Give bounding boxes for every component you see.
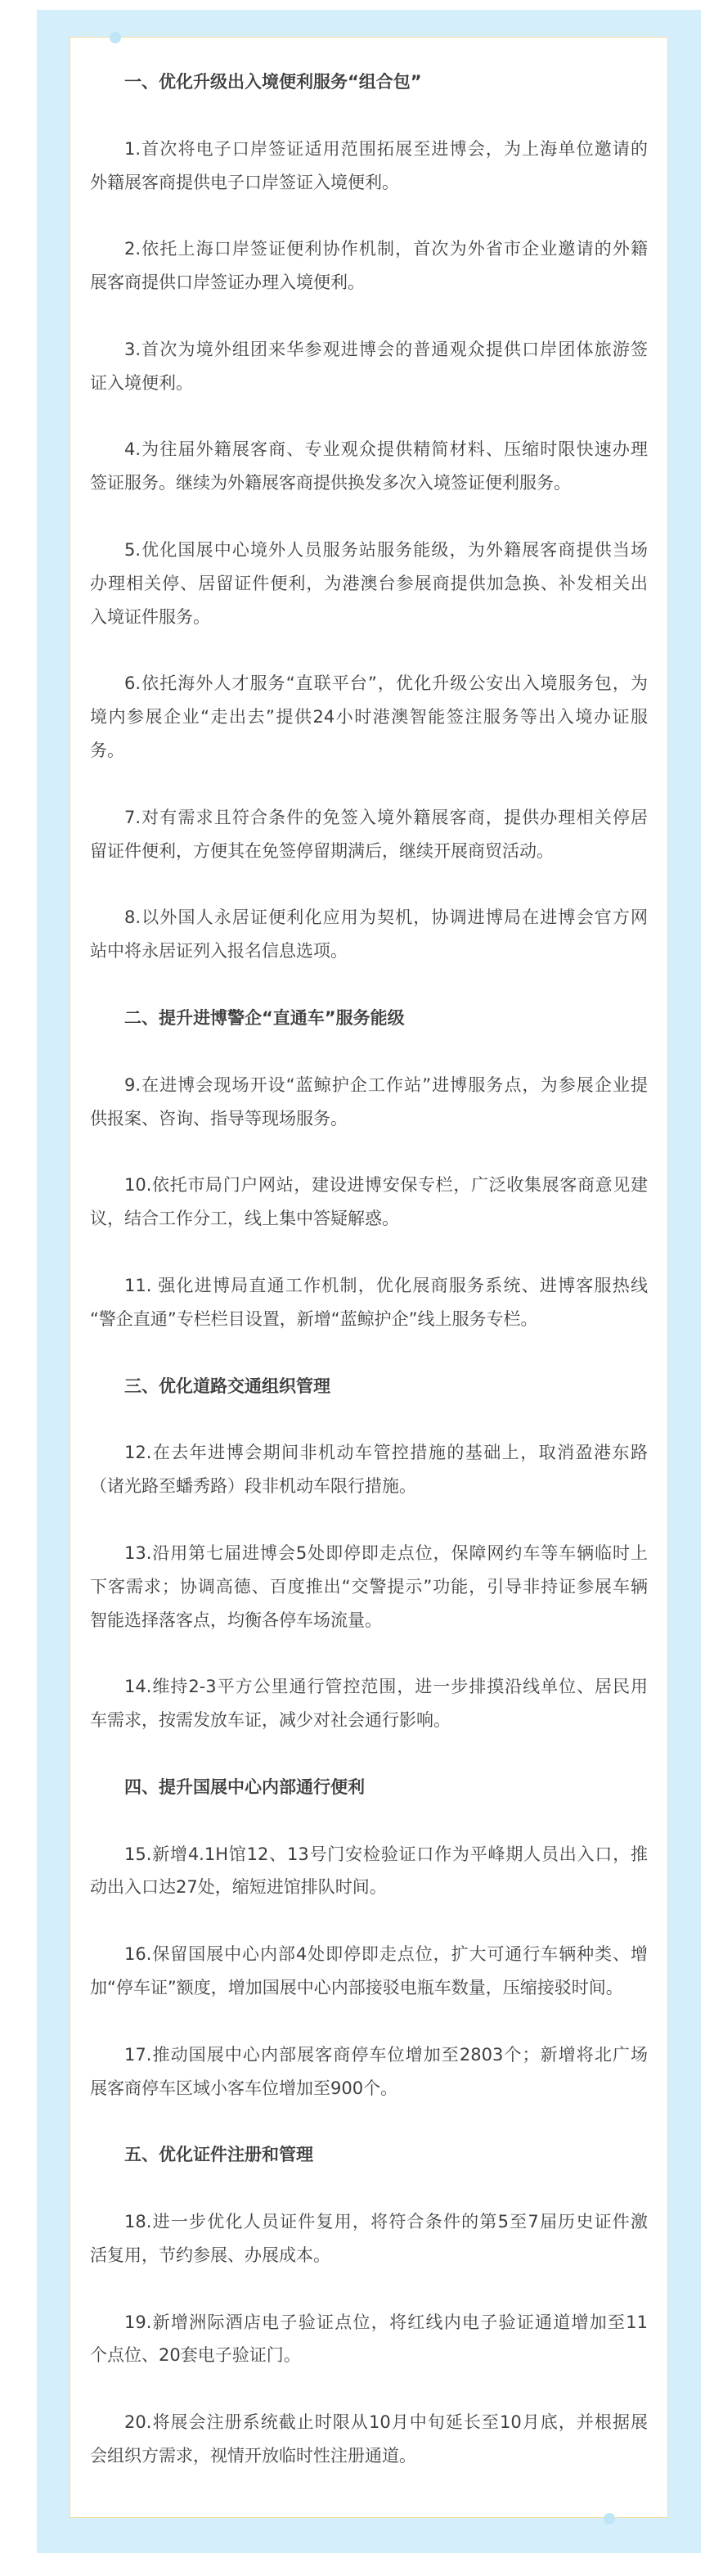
paragraph-line: 10.依托市局门户网站，建设进博安保专栏，广泛收集展客商意见建: [90, 1169, 648, 1202]
list-item: 7.对有需求且符合条件的免签入境外籍展客商，提供办理相关停居 留证件便利，方便其…: [90, 801, 648, 868]
list-item: 15.新增4.1H馆12、13号门安检验证口作为平峰期人员出入口，推 动出入口达…: [90, 1838, 648, 1905]
section-heading: 五、优化证件注册和管理: [90, 2138, 648, 2172]
list-item: 3.首次为境外组团来华参观进博会的普通观众提供口岸团体旅游签 证入境便利。: [90, 333, 648, 400]
paragraph-line: 站中将永居证列入报名信息选项。: [90, 934, 648, 968]
paragraph-line: 智能选择落客点，均衡各停车场流量。: [90, 1604, 648, 1637]
paragraph-line: 20.将展会注册系统截止时限从10月中旬延长至10月底，并根据展: [90, 2406, 648, 2439]
paragraph-line: 5.优化国展中心境外人员服务站服务能级，为外籍展客商提供当场: [90, 534, 648, 567]
section-2: 二、提升进博警企“直通车”服务能级 9.在进博会现场开设“蓝鲸护企工作站”进博服…: [90, 1002, 648, 1336]
paragraph-line: 外籍展客商提供电子口岸签证入境便利。: [90, 166, 648, 200]
paragraph-line: 动出入口达27处，缩短进馆排队时间。: [90, 1871, 648, 1904]
list-item: 10.依托市局门户网站，建设进博安保专栏，广泛收集展客商意见建 议，结合工作分工…: [90, 1169, 648, 1236]
paragraph-line: 7.对有需求且符合条件的免签入境外籍展客商，提供办理相关停居: [90, 801, 648, 835]
paragraph-line: 展客商提供口岸签证办理入境便利。: [90, 266, 648, 299]
paragraph-line: （诸光路至蟠秀路）段非机动车限行措施。: [90, 1470, 648, 1503]
list-item: 18.进一步优化人员证件复用，将符合条件的第5至7届历史证件激 活复用，节约参展…: [90, 2205, 648, 2272]
list-item: 5.优化国展中心境外人员服务站服务能级，为外籍展客商提供当场 办理相关停、居留证…: [90, 534, 648, 634]
paragraph-line: 2.依托上海口岸签证便利协作机制，首次为外省市企业邀请的外籍: [90, 232, 648, 266]
section-heading: 一、优化升级出入境便利服务“组合包”: [90, 65, 648, 99]
section-5: 五、优化证件注册和管理 18.进一步优化人员证件复用，将符合条件的第5至7届历史…: [90, 2138, 648, 2473]
paragraph-line: 6.依托海外人才服务“直联平台”，优化升级公安出入境服务包，为: [90, 667, 648, 700]
article-card: 一、优化升级出入境便利服务“组合包” 1.首次将电子口岸签证适用范围拓展至进博会…: [70, 37, 668, 2518]
paragraph-line: 个点位、20套电子验证门。: [90, 2339, 648, 2372]
paragraph-line: 办理相关停、居留证件便利，为港澳台参展商提供加急换、补发相关出: [90, 567, 648, 601]
paragraph-line: 16.保留国展中心内部4处即停即走点位，扩大可通行车辆种类、增: [90, 1938, 648, 1971]
section-1: 一、优化升级出入境便利服务“组合包” 1.首次将电子口岸签证适用范围拓展至进博会…: [90, 65, 648, 968]
list-item: 17.推动国展中心内部展客商停车位增加至2803个；新增将北广场 展客商停车区域…: [90, 2038, 648, 2105]
paragraph-line: 11. 强化进博局直通工作机制，优化展商服务系统、进博客服热线: [90, 1269, 648, 1303]
paragraph-line: 签证服务。继续为外籍展客商提供换发多次入境签证便利服务。: [90, 466, 648, 500]
paragraph-line: 入境证件服务。: [90, 601, 648, 634]
paragraph-line: 4.为往届外籍展客商、专业观众提供精简材料、压缩时限快速办理: [90, 433, 648, 466]
paragraph-line: 议，结合工作分工，线上集中答疑解惑。: [90, 1202, 648, 1236]
paragraph-line: 12.在去年进博会期间非机动车管控措施的基础上，取消盈港东路: [90, 1436, 648, 1470]
paragraph-line: 15.新增4.1H馆12、13号门安检验证口作为平峰期人员出入口，推: [90, 1838, 648, 1871]
section-heading: 四、提升国展中心内部通行便利: [90, 1771, 648, 1804]
paragraph-line: 1.首次将电子口岸签证适用范围拓展至进博会，为上海单位邀请的: [90, 133, 648, 166]
paragraph-line: 车需求，按需发放车证，减少对社会通行影响。: [90, 1704, 648, 1737]
paragraph-line: 8.以外国人永居证便利化应用为契机，协调进博局在进博会官方网: [90, 901, 648, 934]
list-item: 11. 强化进博局直通工作机制，优化展商服务系统、进博客服热线 “警企直通”专栏…: [90, 1269, 648, 1336]
decorative-dot-icon: [110, 32, 121, 43]
section-heading: 三、优化道路交通组织管理: [90, 1370, 648, 1403]
section-heading: 二、提升进博警企“直通车”服务能级: [90, 1002, 648, 1035]
list-item: 14.维持2-3平方公里通行管控范围，进一步排摸沿线单位、居民用 车需求，按需发…: [90, 1670, 648, 1737]
paragraph-line: 供报案、咨询、指导等现场服务。: [90, 1102, 648, 1136]
paragraph-line: 下客需求；协调高德、百度推出“交警提示”功能，引导非持证参展车辆: [90, 1570, 648, 1604]
list-item: 1.首次将电子口岸签证适用范围拓展至进博会，为上海单位邀请的 外籍展客商提供电子…: [90, 133, 648, 200]
paragraph-line: 务。: [90, 734, 648, 768]
decorative-dot-icon: [604, 2513, 615, 2524]
paragraph-line: 境内参展企业“走出去”提供24小时港澳智能签注服务等出入境办证服: [90, 700, 648, 734]
paragraph-line: 19.新增洲际酒店电子验证点位，将红线内电子验证通道增加至11: [90, 2306, 648, 2340]
paragraph-line: 13.沿用第七届进博会5处即停即走点位，保障网约车等车辆临时上: [90, 1537, 648, 1570]
list-item: 16.保留国展中心内部4处即停即走点位，扩大可通行车辆种类、增 加“停车证”额度…: [90, 1938, 648, 2005]
paragraph-line: 留证件便利，方便其在免签停留期满后，继续开展商贸活动。: [90, 835, 648, 868]
list-item: 4.为往届外籍展客商、专业观众提供精简材料、压缩时限快速办理 签证服务。继续为外…: [90, 433, 648, 500]
paragraph-line: 展客商停车区域小客车位增加至900个。: [90, 2072, 648, 2105]
paragraph-line: 活复用，节约参展、办展成本。: [90, 2239, 648, 2272]
paragraph-line: 9.在进博会现场开设“蓝鲸护企工作站”进博服务点，为参展企业提: [90, 1069, 648, 1102]
list-item: 19.新增洲际酒店电子验证点位，将红线内电子验证通道增加至11 个点位、20套电…: [90, 2306, 648, 2373]
paragraph-line: 加“停车证”额度，增加国展中心内部接驳电瓶车数量，压缩接驳时间。: [90, 1971, 648, 2005]
list-item: 9.在进博会现场开设“蓝鲸护企工作站”进博服务点，为参展企业提 供报案、咨询、指…: [90, 1069, 648, 1136]
list-item: 6.依托海外人才服务“直联平台”，优化升级公安出入境服务包，为 境内参展企业“走…: [90, 667, 648, 768]
paragraph-line: 3.首次为境外组团来华参观进博会的普通观众提供口岸团体旅游签: [90, 333, 648, 367]
paragraph-line: 17.推动国展中心内部展客商停车位增加至2803个；新增将北广场: [90, 2038, 648, 2072]
paragraph-line: 证入境便利。: [90, 367, 648, 400]
paragraph-line: 18.进一步优化人员证件复用，将符合条件的第5至7届历史证件激: [90, 2205, 648, 2239]
list-item: 13.沿用第七届进博会5处即停即走点位，保障网约车等车辆临时上 下客需求；协调高…: [90, 1537, 648, 1637]
section-4: 四、提升国展中心内部通行便利 15.新增4.1H馆12、13号门安检验证口作为平…: [90, 1771, 648, 2105]
paragraph-line: “警企直通”专栏栏目设置，新增“蓝鲸护企”线上服务专栏。: [90, 1303, 648, 1336]
paragraph-line: 会组织方需求，视情开放临时性注册通道。: [90, 2439, 648, 2473]
list-item: 2.依托上海口岸签证便利协作机制，首次为外省市企业邀请的外籍 展客商提供口岸签证…: [90, 232, 648, 299]
list-item: 8.以外国人永居证便利化应用为契机，协调进博局在进博会官方网 站中将永居证列入报…: [90, 901, 648, 968]
section-3: 三、优化道路交通组织管理 12.在去年进博会期间非机动车管控措施的基础上，取消盈…: [90, 1370, 648, 1737]
paragraph-line: 14.维持2-3平方公里通行管控范围，进一步排摸沿线单位、居民用: [90, 1670, 648, 1704]
list-item: 20.将展会注册系统截止时限从10月中旬延长至10月底，并根据展 会组织方需求，…: [90, 2406, 648, 2473]
article-frame: 一、优化升级出入境便利服务“组合包” 1.首次将电子口岸签证适用范围拓展至进博会…: [37, 10, 701, 2553]
list-item: 12.在去年进博会期间非机动车管控措施的基础上，取消盈港东路 （诸光路至蟠秀路）…: [90, 1436, 648, 1503]
